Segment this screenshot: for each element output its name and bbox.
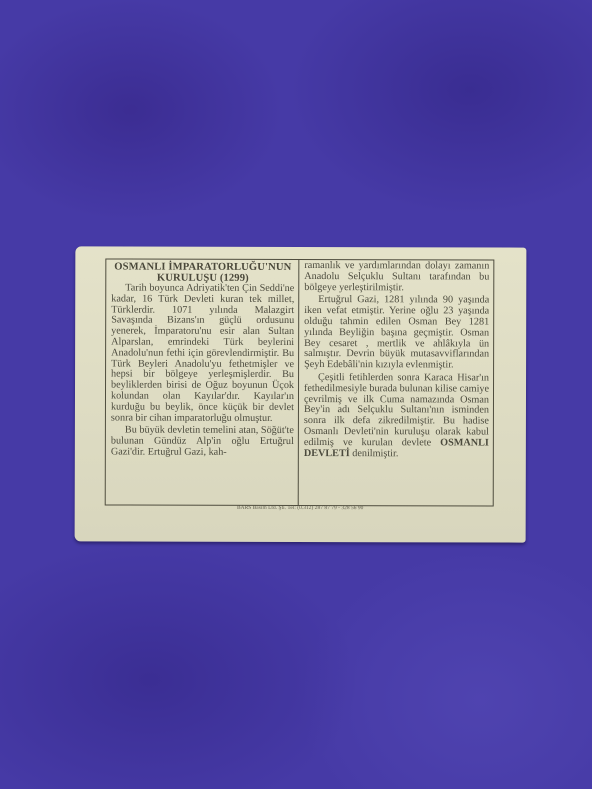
left-column: OSMANLI İMPARATORLUĞU'NUN KURULUŞU (1299…: [106, 259, 300, 505]
printer-credit: BARS Basım Ltd. Şti. Tel: (0.312) 287 87…: [75, 504, 526, 511]
paper-clipping: OSMANLI İMPARATORLUĞU'NUN KURULUŞU (1299…: [75, 246, 527, 542]
article-title: OSMANLI İMPARATORLUĞU'NUN KURULUŞU (1299…: [111, 263, 294, 284]
paragraph-closing: Çeşitli fetihlerden sonra Karaca Hisar'ı…: [304, 373, 489, 460]
article-frame: OSMANLI İMPARATORLUĞU'NUN KURULUŞU (1299…: [105, 258, 495, 506]
right-column: ramanlık ve yardımlarından dolayı zamanı…: [299, 260, 494, 506]
closing-text: denilmiştir.: [350, 448, 399, 459]
paragraph: Bu büyük devletin temelini atan, Söğüt't…: [111, 426, 294, 459]
paragraph: ramanlık ve yardımlarından dolayı zamanı…: [304, 261, 489, 294]
paragraph: Ertuğrul Gazi, 1281 yılında 90 yaşında i…: [304, 295, 489, 371]
paragraph: Tarih boyunca Adriyatik'ten Çin Seddi'ne…: [111, 284, 294, 425]
